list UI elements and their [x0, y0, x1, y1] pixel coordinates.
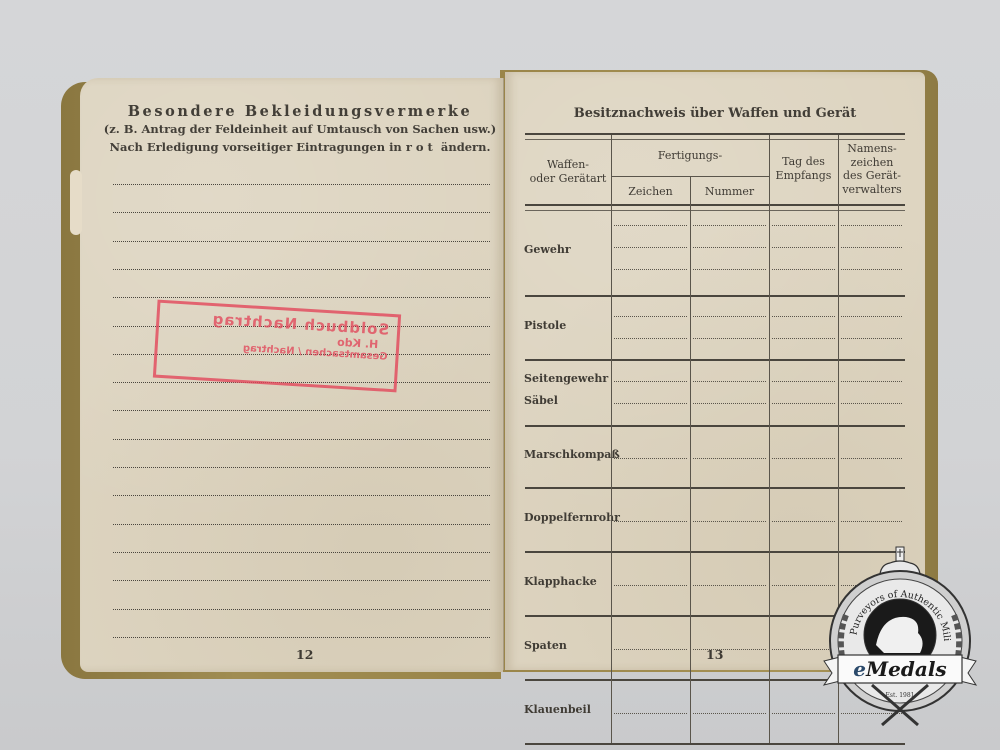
- entry-line[interactable]: [113, 410, 490, 411]
- header-weapon-type: Waffen- oder Gerätart: [525, 158, 611, 185]
- entry-line[interactable]: [113, 495, 490, 496]
- right-page-title: Besitznachweis über Waffen und Gerät: [520, 106, 910, 121]
- table-cell-entry-line[interactable]: [614, 521, 687, 522]
- subtitle-text-c: ändern.: [441, 140, 491, 154]
- entry-line[interactable]: [113, 524, 490, 525]
- entry-line[interactable]: [113, 241, 490, 242]
- header-bottom-rule: [525, 204, 905, 211]
- row-label: Marschkompaß: [524, 448, 620, 461]
- column-divider: [690, 176, 691, 743]
- left-page-subtitle-1: (z. B. Antrag der Feldeinheit auf Umtaus…: [100, 122, 500, 136]
- entry-line[interactable]: [113, 580, 490, 581]
- table-cell-entry-line[interactable]: [614, 458, 687, 459]
- table-cell-entry-line[interactable]: [614, 316, 687, 317]
- entry-line[interactable]: [113, 467, 490, 468]
- table-cell-entry-line[interactable]: [693, 381, 766, 382]
- table-cell-entry-line[interactable]: [841, 381, 902, 382]
- header-tag-des-empfangs: Tag des Empfangs: [769, 155, 838, 182]
- table-cell-entry-line[interactable]: [693, 403, 766, 404]
- entry-line[interactable]: [113, 184, 490, 185]
- table-cell-entry-line[interactable]: [841, 458, 902, 459]
- subtitle-text-rot: rot: [406, 140, 437, 154]
- table-cell-entry-line[interactable]: [841, 316, 902, 317]
- row-label: Spaten: [524, 639, 567, 652]
- table-cell-entry-line[interactable]: [693, 713, 766, 714]
- svg-text:Est. 1981: Est. 1981: [886, 692, 915, 699]
- row-divider: [525, 743, 905, 745]
- table-cell-entry-line[interactable]: [614, 269, 687, 270]
- table-cell-entry-line[interactable]: [614, 585, 687, 586]
- table-cell-entry-line[interactable]: [841, 521, 902, 522]
- table-cell-entry-line[interactable]: [772, 381, 835, 382]
- table-cell-entry-line[interactable]: [693, 521, 766, 522]
- subtitle-text-a: Nach Erledigung vorseitiger Eintragungen…: [110, 140, 402, 154]
- table-top-rule: [525, 133, 905, 140]
- table-cell-entry-line[interactable]: [614, 713, 687, 714]
- table-cell-entry-line[interactable]: [614, 225, 687, 226]
- row-divider: [525, 295, 905, 297]
- table-cell-entry-line[interactable]: [693, 458, 766, 459]
- table-cell-entry-line[interactable]: [772, 338, 835, 339]
- table-cell-entry-line[interactable]: [693, 585, 766, 586]
- row-label: Gewehr: [524, 243, 571, 256]
- table-cell-entry-line[interactable]: [693, 225, 766, 226]
- row-label: Pistole: [524, 319, 566, 332]
- table-cell-entry-line[interactable]: [772, 458, 835, 459]
- header-nummer: Nummer: [690, 185, 769, 199]
- entry-line[interactable]: [113, 269, 490, 270]
- row-label: Doppelfernrohr: [524, 511, 620, 524]
- table-cell-entry-line[interactable]: [693, 649, 766, 650]
- page-number-left: 12: [296, 647, 313, 662]
- page-tab-insert: [70, 170, 82, 235]
- left-page-title: Besondere Bekleidungsvermerke: [100, 103, 500, 120]
- column-divider: [611, 135, 612, 743]
- table-cell-entry-line[interactable]: [614, 403, 687, 404]
- row-label: Klauenbeil: [524, 703, 591, 716]
- page-number-right: 13: [706, 647, 723, 662]
- row-divider: [525, 359, 905, 361]
- header-zeichen: Zeichen: [611, 185, 690, 199]
- entry-line[interactable]: [113, 609, 490, 610]
- table-cell-entry-line[interactable]: [772, 247, 835, 248]
- table-cell-entry-line[interactable]: [614, 247, 687, 248]
- column-divider: [769, 135, 770, 743]
- table-cell-entry-line[interactable]: [614, 649, 687, 650]
- row-label: Seitengewehr: [524, 372, 608, 385]
- entry-line[interactable]: [113, 212, 490, 213]
- row-divider: [525, 487, 905, 489]
- entry-line[interactable]: [113, 637, 490, 638]
- table-cell-entry-line[interactable]: [614, 338, 687, 339]
- entry-line[interactable]: [113, 552, 490, 553]
- table-cell-entry-line[interactable]: [772, 521, 835, 522]
- table-cell-entry-line[interactable]: [772, 316, 835, 317]
- entry-line[interactable]: [113, 439, 490, 440]
- table-cell-entry-line[interactable]: [841, 247, 902, 248]
- header-namenszeichen: Namens- zeichen des Gerät- verwalters: [838, 142, 906, 196]
- table-cell-entry-line[interactable]: [693, 269, 766, 270]
- left-page-subtitle-2: Nach Erledigung vorseitiger Eintragungen…: [100, 140, 500, 154]
- row-label: Klapphacke: [524, 575, 597, 588]
- row-divider: [525, 425, 905, 427]
- table-cell-entry-line[interactable]: [693, 316, 766, 317]
- table-cell-entry-line[interactable]: [772, 403, 835, 404]
- table-cell-entry-line[interactable]: [841, 403, 902, 404]
- svg-text:eMedals: eMedals: [853, 657, 946, 681]
- header-fertigungs: Fertigungs-: [611, 149, 769, 163]
- red-stamp: Soldbuch Nachtrag H. Kdo Gesamtsachen / …: [153, 300, 401, 393]
- table-cell-entry-line[interactable]: [772, 269, 835, 270]
- book-gutter: [503, 78, 504, 670]
- table-cell-entry-line[interactable]: [841, 338, 902, 339]
- table-cell-entry-line[interactable]: [841, 269, 902, 270]
- table-cell-entry-line[interactable]: [693, 247, 766, 248]
- table-cell-entry-line[interactable]: [772, 225, 835, 226]
- row-label-secondary: Säbel: [524, 394, 558, 407]
- table-cell-entry-line[interactable]: [693, 338, 766, 339]
- table-cell-entry-line[interactable]: [841, 225, 902, 226]
- entry-line[interactable]: [113, 297, 490, 298]
- emedals-logo: Purveyors of Authentic Militaria eMedals…: [820, 545, 980, 735]
- table-cell-entry-line[interactable]: [614, 381, 687, 382]
